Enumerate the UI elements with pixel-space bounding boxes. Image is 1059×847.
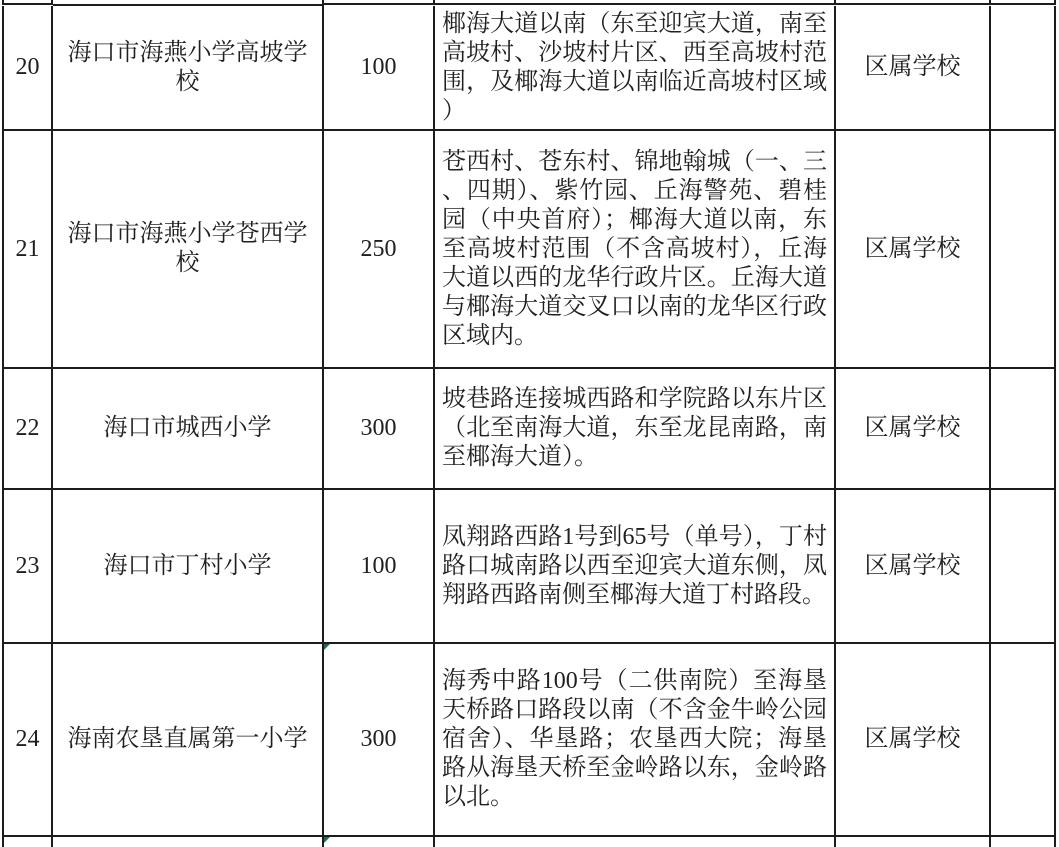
enrollment-count: 250 — [361, 235, 397, 264]
enrollment-count: 100 — [361, 53, 397, 82]
enrollment-count-cell[interactable]: 100 — [324, 6, 435, 131]
district-description-cell[interactable]: 坡巷路连接城西路和学院路以东片区（北至南海大道，东至龙昆南路，南至椰海大道）。 — [435, 369, 836, 490]
district-description-cell[interactable]: 苍西村、苍东村、锦地翰城（一、三、四期）、紫竹园、丘海警苑、碧桂园（中央首府）；… — [435, 131, 836, 369]
table-row: 21 海口市海燕小学苍西学校 250 苍西村、苍东村、锦地翰城（一、三、四期）、… — [2, 131, 1056, 369]
row-number: 21 — [16, 235, 40, 264]
enrollment-count: 300 — [361, 725, 397, 754]
school-name-cell[interactable]: 海口市城西小学 — [53, 369, 324, 490]
district-description: 椰海大道以南（东至迎宾大道，南至高坡村、沙坡村片区、西至高坡村范围，及椰海大道以… — [435, 8, 834, 128]
text-format-flag-icon — [324, 644, 330, 650]
school-type: 区属学校 — [865, 235, 961, 264]
empty-cell[interactable] — [991, 644, 1056, 837]
enrollment-count-cell[interactable]: 300 — [324, 369, 435, 490]
table-row: 24 海南农垦直属第一小学 300 海秀中路100号（二供南院）至海垦天桥路口路… — [2, 644, 1056, 837]
clipped-cell — [836, 0, 991, 5]
district-description-cell[interactable]: 椰海大道以南（东至迎宾大道，南至高坡村、沙坡村片区、西至高坡村范围，及椰海大道以… — [435, 6, 836, 131]
row-number-cell[interactable]: 24 — [2, 644, 53, 837]
clipped-cell — [2, 0, 53, 5]
district-description: 海秀中路100号（二供南院）至海垦天桥路口路段以南（不含金牛岭公园宿舍）、华垦路… — [435, 665, 834, 814]
table-row: 22 海口市城西小学 300 坡巷路连接城西路和学院路以东片区（北至南海大道，东… — [2, 369, 1056, 490]
empty-cell[interactable] — [991, 490, 1056, 644]
row-number-cell[interactable]: 20 — [2, 6, 53, 131]
school-name-cell[interactable]: 海南农垦直属第一小学 — [53, 644, 324, 837]
clipped-cell — [324, 0, 435, 5]
empty-cell[interactable] — [991, 369, 1056, 490]
row-number-cell[interactable]: 22 — [2, 369, 53, 490]
school-name-cell[interactable]: 海口市海燕小学高坡学校 — [53, 6, 324, 131]
row-number: 24 — [16, 725, 40, 754]
school-type-cell[interactable]: 区属学校 — [836, 6, 991, 131]
clipped-cell — [991, 0, 1056, 5]
school-type-cell[interactable]: 区属学校 — [836, 644, 991, 837]
school-name: 海南农垦直属第一小学 — [68, 725, 308, 754]
enrollment-count: 100 — [361, 552, 397, 581]
school-name: 海口市城西小学 — [104, 414, 272, 443]
school-district-table: 20 海口市海燕小学高坡学校 100 椰海大道以南（东至迎宾大道，南至高坡村、沙… — [2, 0, 1056, 840]
row-number: 23 — [16, 552, 40, 581]
school-name-cell[interactable]: 海口市海燕小学苍西学校 — [53, 131, 324, 369]
district-description: 凤翔路西路1号到65号（单号），丁村路口城南路以西至迎宾大道东侧，凤翔路西路南侧… — [435, 521, 834, 612]
enrollment-count-cell[interactable]: 100 — [324, 490, 435, 644]
row-number-cell[interactable]: 23 — [2, 490, 53, 644]
row-number: 20 — [16, 53, 40, 82]
district-description-cell[interactable]: 凤翔路西路1号到65号（单号），丁村路口城南路以西至迎宾大道东侧，凤翔路西路南侧… — [435, 490, 836, 644]
table-row: 20 海口市海燕小学高坡学校 100 椰海大道以南（东至迎宾大道，南至高坡村、沙… — [2, 6, 1056, 131]
empty-cell[interactable] — [991, 6, 1056, 131]
school-type-cell[interactable]: 区属学校 — [836, 369, 991, 490]
row-number: 22 — [16, 414, 40, 443]
row-number-cell[interactable]: 21 — [2, 131, 53, 369]
school-name: 海口市海燕小学高坡学校 — [57, 39, 318, 97]
district-description: 坡巷路连接城西路和学院路以东片区（北至南海大道，东至龙昆南路，南至椰海大道）。 — [435, 383, 834, 474]
district-description-cell[interactable]: 海秀中路100号（二供南院）至海垦天桥路口路段以南（不含金牛岭公园宿舍）、华垦路… — [435, 644, 836, 837]
enrollment-count: 300 — [361, 414, 397, 443]
school-name: 海口市海燕小学苍西学校 — [57, 220, 318, 278]
school-type: 区属学校 — [865, 725, 961, 754]
school-type: 区属学校 — [865, 552, 961, 581]
table-body: 20 海口市海燕小学高坡学校 100 椰海大道以南（东至迎宾大道，南至高坡村、沙… — [2, 6, 1056, 837]
school-name: 海口市丁村小学 — [104, 552, 272, 581]
enrollment-count-cell[interactable]: 250 — [324, 131, 435, 369]
school-type-cell[interactable]: 区属学校 — [836, 490, 991, 644]
clipped-cell — [435, 0, 836, 5]
school-type: 区属学校 — [865, 414, 961, 443]
school-type: 区属学校 — [865, 53, 961, 82]
school-name-cell[interactable]: 海口市丁村小学 — [53, 490, 324, 644]
table-row: 23 海口市丁村小学 100 凤翔路西路1号到65号（单号），丁村路口城南路以西… — [2, 490, 1056, 644]
school-type-cell[interactable]: 区属学校 — [836, 131, 991, 369]
empty-cell[interactable] — [991, 131, 1056, 369]
enrollment-count-cell[interactable]: 300 — [324, 644, 435, 837]
district-description: 苍西村、苍东村、锦地翰城（一、三、四期）、紫竹园、丘海警苑、碧桂园（中央首府）；… — [435, 146, 834, 353]
